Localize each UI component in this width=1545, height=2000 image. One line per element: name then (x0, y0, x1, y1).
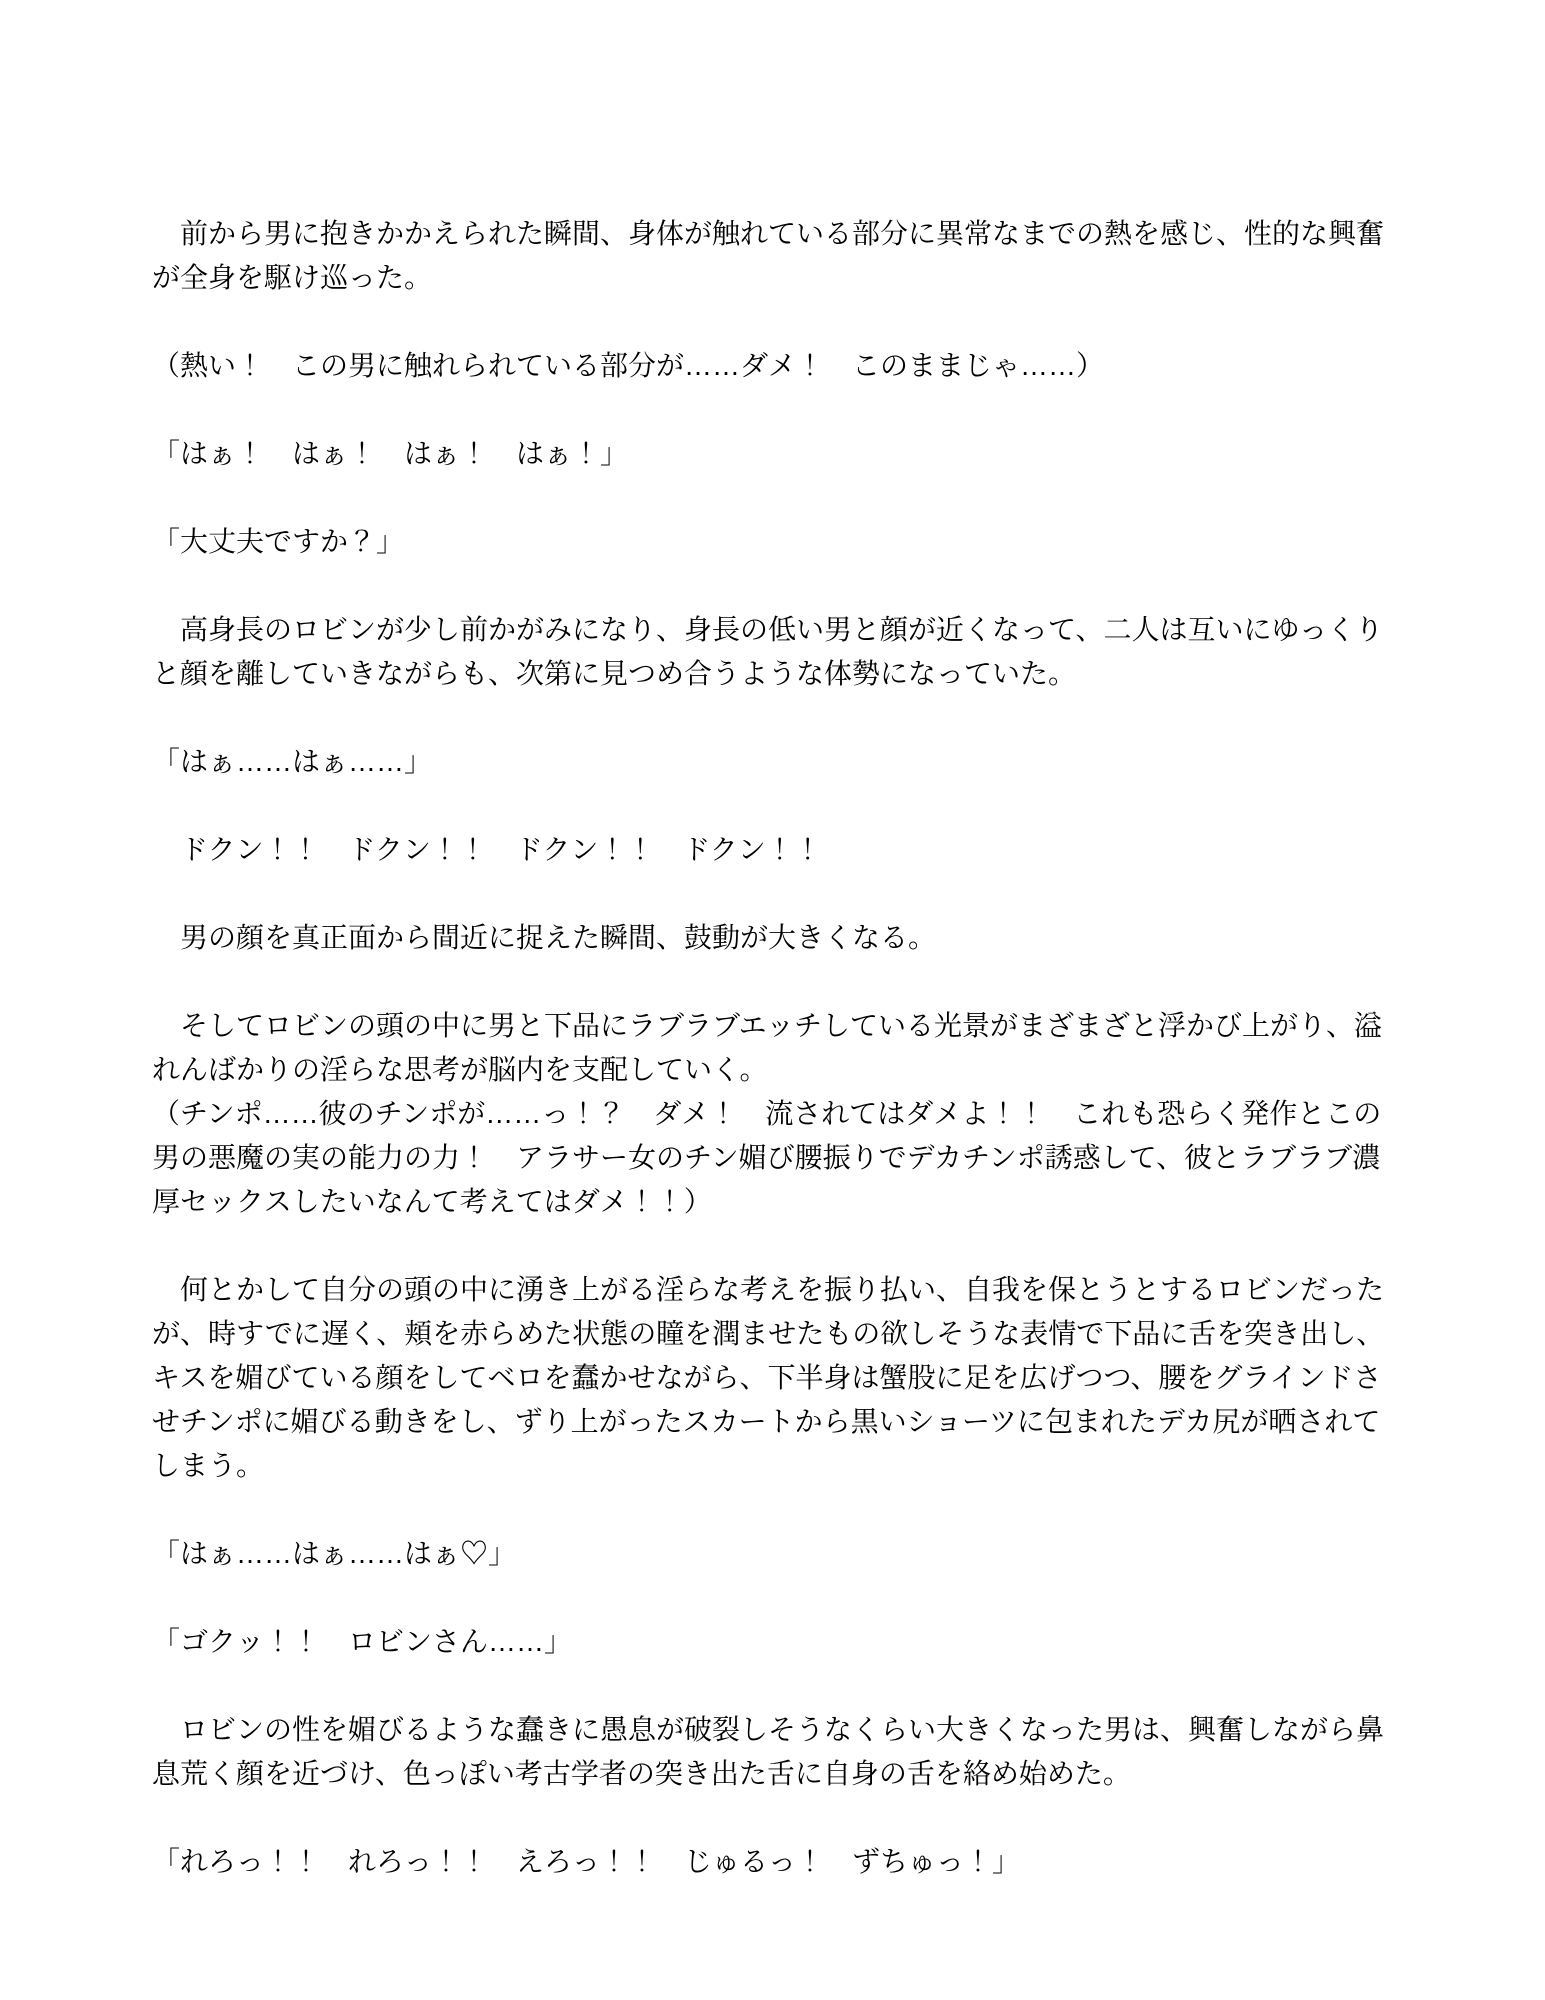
paragraph-dialogue-2: 「大丈夫ですか？」 (152, 520, 1400, 564)
paragraph-dialogue-1: 「はぁ！ はぁ！ はぁ！ はぁ！」 (152, 432, 1400, 476)
paragraph-narration-3: 男の顔を真正面から間近に捉えた瞬間、鼓動が大きくなる。 (152, 916, 1400, 960)
paragraph-sfx-kiss: 「れろっ！！ れろっ！！ えろっ！！ じゅるっ！ ずちゅっ！」 (152, 1840, 1400, 1884)
page-text: 前から男に抱きかかえられた瞬間、身体が触れている部分に異常なまでの熱を感じ、性的… (152, 212, 1400, 1928)
paragraph-narration-5: 何とかして自分の頭の中に湧き上がる淫らな考えを振り払い、自我を保とうとするロビン… (152, 1268, 1400, 1488)
paragraph-thought-1: （熱い！ この男に触れられている部分が……ダメ！ このままじゃ……） (152, 344, 1400, 388)
paragraph-narration-1: 前から男に抱きかかえられた瞬間、身体が触れている部分に異常なまでの熱を感じ、性的… (152, 212, 1400, 300)
document-page: 前から男に抱きかかえられた瞬間、身体が触れている部分に異常なまでの熱を感じ、性的… (0, 0, 1545, 2000)
paragraph-sfx-heartbeat: ドクン！！ ドクン！！ ドクン！！ ドクン！！ (152, 828, 1400, 872)
paragraph-dialogue-4: 「はぁ……はぁ……はぁ♡」 (152, 1532, 1400, 1576)
paragraph-thought-2: （チンポ……彼のチンポが……っ！？ ダメ！ 流されてはダメよ！！ これも恐らく発… (152, 1092, 1400, 1224)
paragraph-dialogue-5: 「ゴクッ！！ ロビンさん……」 (152, 1620, 1400, 1664)
paragraph-narration-6: ロビンの性を媚びるような蠢きに愚息が破裂しそうなくらい大きくなった男は、興奮しな… (152, 1708, 1400, 1796)
paragraph-narration-2: 高身長のロビンが少し前かがみになり、身長の低い男と顔が近くなって、二人は互いにゆ… (152, 608, 1400, 696)
paragraph-narration-4: そしてロビンの頭の中に男と下品にラブラブエッチしている光景がまざまざと浮かび上が… (152, 1004, 1400, 1092)
paragraph-dialogue-3: 「はぁ……はぁ……」 (152, 740, 1400, 784)
